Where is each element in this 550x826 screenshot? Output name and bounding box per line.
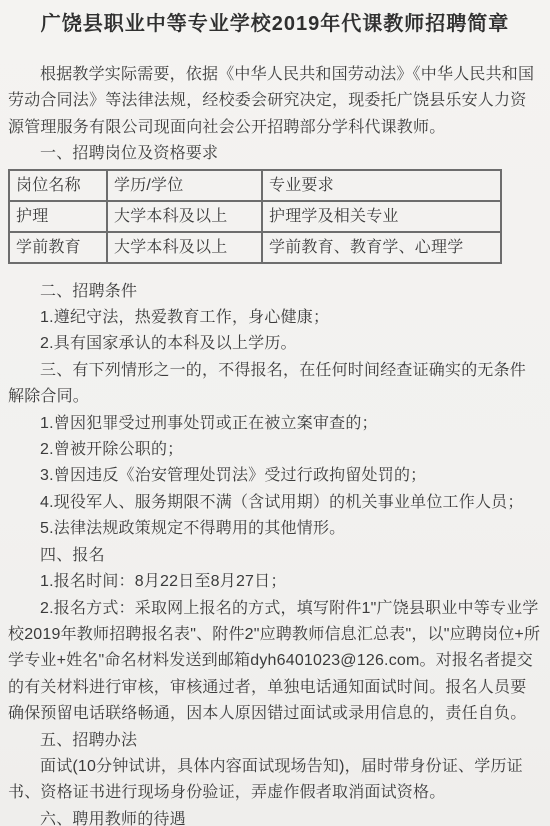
signup-time-item: 1.报名时间：8月22日至8月27日； <box>8 569 542 595</box>
table-header-row: 岗位名称 学历/学位 专业要求 <box>9 170 501 201</box>
intro-paragraph: 根据教学实际需要，依据《中华人民共和国劳动法》《中华人民共和国劳动合同法》等法律… <box>8 62 542 141</box>
exclusion-item: 5.法律法规政策规定不得聘用的其他情形。 <box>8 516 542 542</box>
section-heading-1: 一、招聘岗位及资格要求 <box>8 141 542 167</box>
cell-major: 护理学及相关专业 <box>262 201 501 232</box>
exclusion-item: 3.曾因违反《治安管理处罚法》受过行政拘留处罚的； <box>8 463 542 489</box>
section-heading-6: 六、聘用教师的待遇 <box>8 807 542 826</box>
table-row: 护理 大学本科及以上 护理学及相关专业 <box>9 201 501 232</box>
cell-position: 学前教育 <box>9 232 107 263</box>
header-education-degree: 学历/学位 <box>107 170 262 201</box>
cell-position: 护理 <box>9 201 107 232</box>
signup-method-item: 2.报名方式：采取网上报名的方式，填写附件1"广饶县职业中等专业学校2019年教… <box>8 596 542 728</box>
condition-item: 2.具有国家承认的本科及以上学历。 <box>8 331 542 357</box>
interview-paragraph: 面试(10分钟试讲，具体内容面试现场告知)，届时带身份证、学历证书、资格证书进行… <box>8 754 542 807</box>
page-title: 广饶县职业中等专业学校2019年代课教师招聘简章 <box>8 10 542 38</box>
cell-major: 学前教育、教育学、心理学 <box>262 232 501 263</box>
cell-education: 大学本科及以上 <box>107 201 262 232</box>
section-heading-5: 五、招聘办法 <box>8 728 542 754</box>
section-heading-4: 四、报名 <box>8 543 542 569</box>
header-major-requirement: 专业要求 <box>262 170 501 201</box>
condition-item: 1.遵纪守法，热爱教育工作，身心健康； <box>8 305 542 331</box>
exclusion-item: 1.曾因犯罪受过刑事处罚或正在被立案审查的； <box>8 411 542 437</box>
exclusion-item: 4.现役军人、服务期限不满（含试用期）的机关事业单位工作人员； <box>8 490 542 516</box>
exclusion-item: 2.曾被开除公职的； <box>8 437 542 463</box>
requirements-table: 岗位名称 学历/学位 专业要求 护理 大学本科及以上 护理学及相关专业 学前教育… <box>8 169 502 264</box>
header-position-name: 岗位名称 <box>9 170 107 201</box>
section-heading-2: 二、招聘条件 <box>8 279 542 305</box>
table-row: 学前教育 大学本科及以上 学前教育、教育学、心理学 <box>9 232 501 263</box>
section-heading-3: 三、有下列情形之一的，不得报名，在任何时间经查证确实的无条件解除合同。 <box>8 358 542 411</box>
document-page: 广饶县职业中等专业学校2019年代课教师招聘简章 根据教学实际需要，依据《中华人… <box>0 0 550 826</box>
cell-education: 大学本科及以上 <box>107 232 262 263</box>
